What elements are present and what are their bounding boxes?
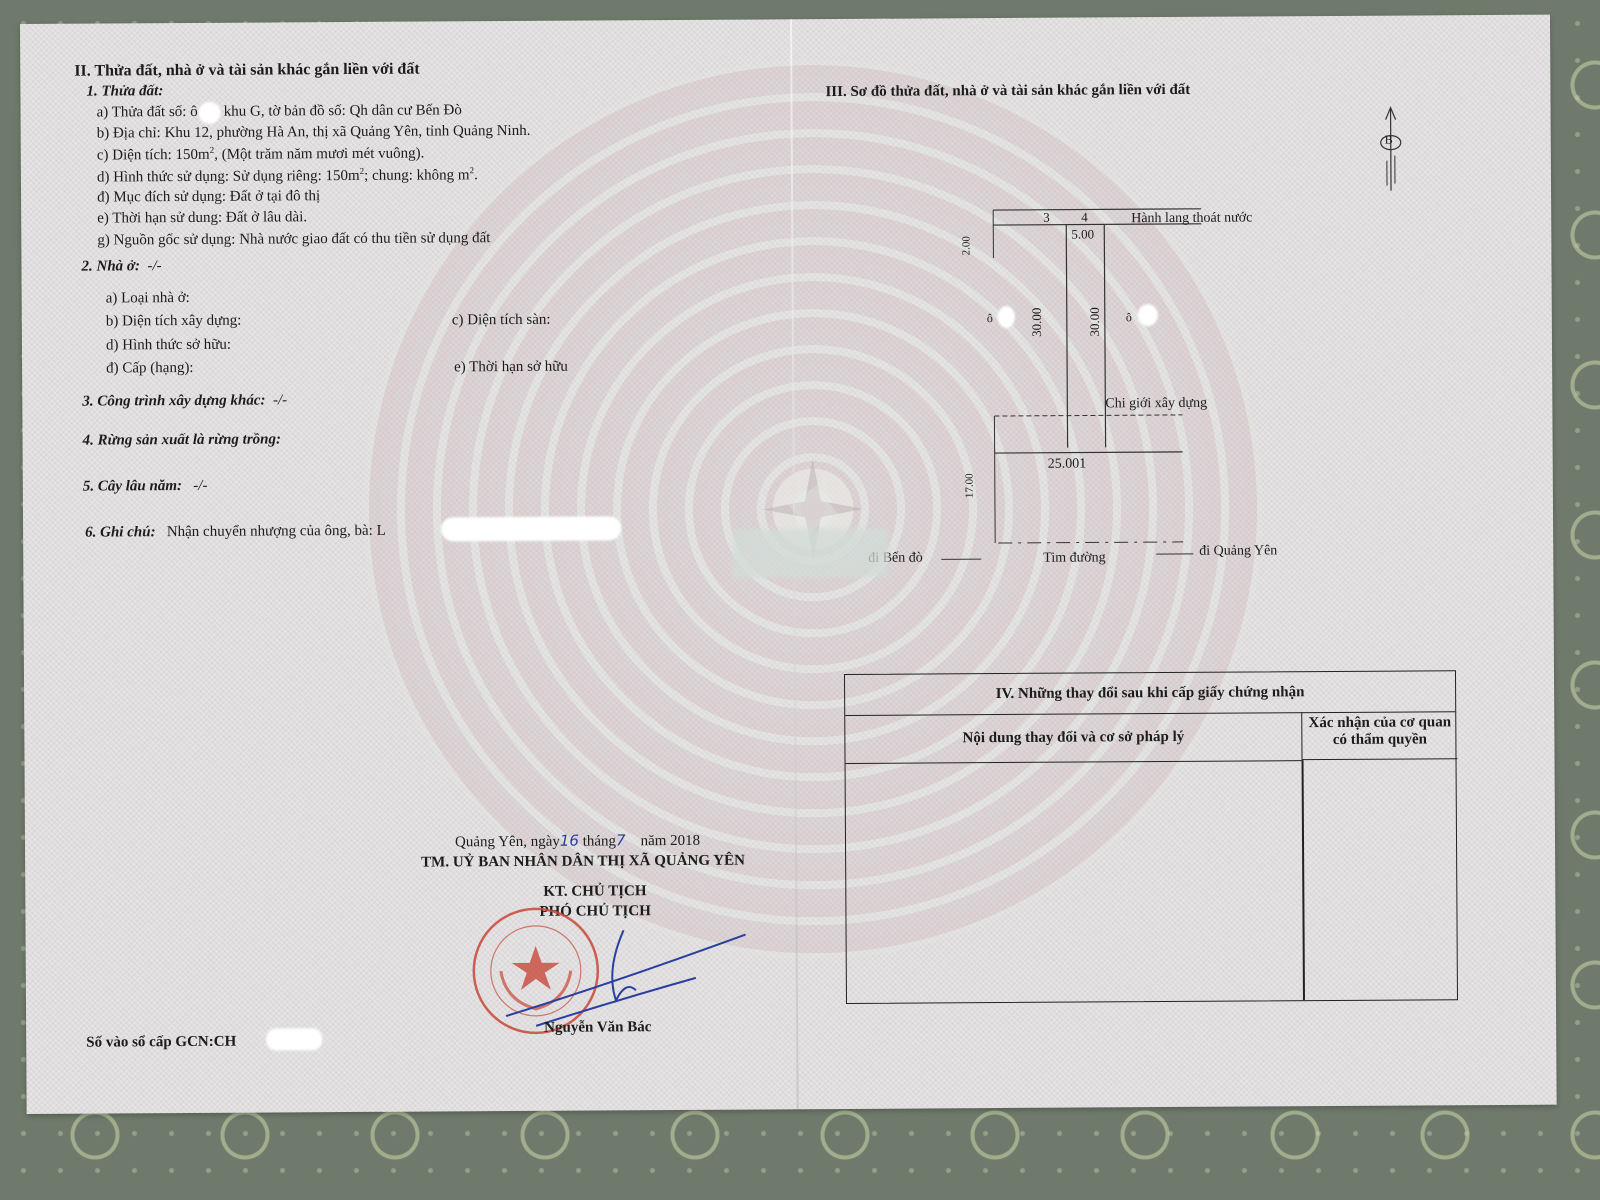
table-divider	[1302, 760, 1305, 1000]
redaction-mark	[733, 529, 888, 578]
top-width-label: 5.00	[1071, 227, 1094, 240]
right-side-length: 30.00	[1088, 307, 1101, 336]
point-4-label: 4	[1081, 210, 1088, 223]
left-side-length: 30.00	[1030, 308, 1043, 337]
right-neighbor-label: ô	[1126, 311, 1132, 323]
direction-quang-yen: đi Quảng Yên	[1199, 544, 1277, 558]
land-certificate-document: II. Thửa đất, nhà ở và tài sản khác gắn …	[20, 15, 1557, 1114]
changes-table: IV. Những thay đổi sau khi cấp giấy chứn…	[844, 670, 1458, 1004]
changes-table-title: IV. Những thay đổi sau khi cấp giấy chứn…	[845, 671, 1455, 716]
build-line-label: Chi giới xây dựng	[1105, 397, 1207, 412]
point-3-label: 3	[1043, 211, 1050, 224]
redaction-mark	[998, 306, 1015, 328]
redaction-mark	[1138, 304, 1158, 326]
changes-table-col-content: Nội dung thay đổi và cơ sở pháp lý	[845, 712, 1301, 764]
setback-label: 17.00	[965, 473, 976, 498]
road-width-label: 25.001	[1048, 457, 1087, 471]
left-neighbor-label: ô	[987, 312, 993, 324]
corridor-label: Hành lang thoát nước	[1131, 211, 1252, 226]
corridor-depth-label: 2.00	[961, 236, 972, 255]
changes-table-col-confirmation: Xác nhận của cơ quan có thẩm quyền	[1301, 711, 1457, 760]
road-center-label: Tim đường	[1043, 551, 1105, 565]
